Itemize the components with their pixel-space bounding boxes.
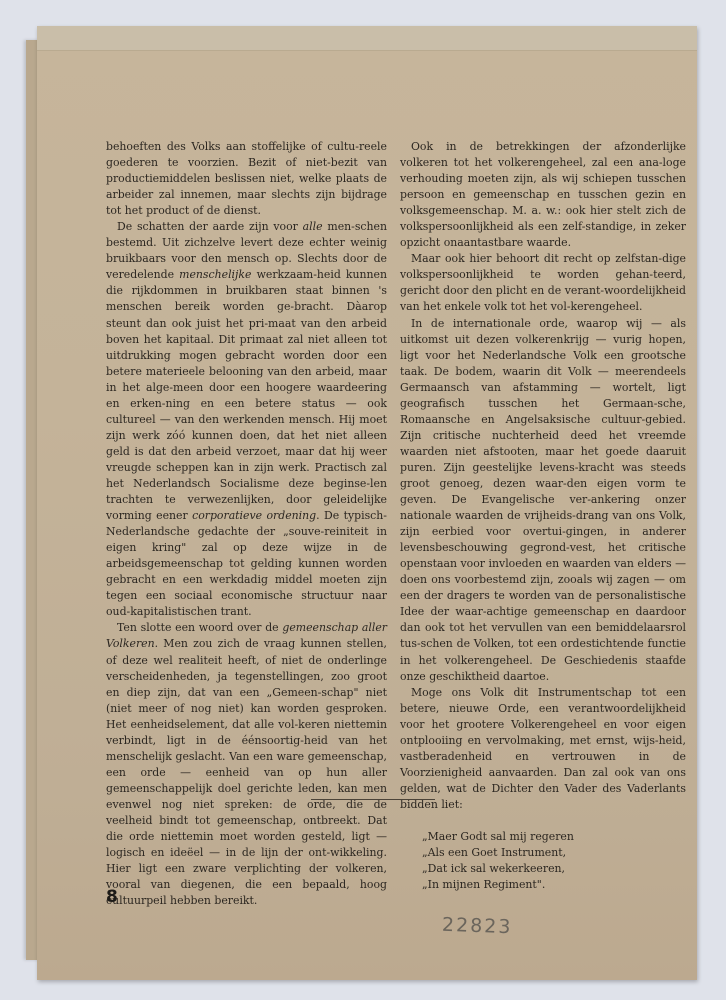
right-column: Ook in de betrekkingen der afzonderlijke… (400, 139, 686, 893)
page-top-fold-strip (37, 26, 697, 51)
paragraph: De schatten der aarde zijn voor alle men… (106, 219, 387, 620)
section-divider (311, 799, 435, 800)
paragraph: behoeften des Volks aan stoffelijke of c… (106, 139, 387, 219)
paragraph: Ook in de betrekkingen der afzonderlijke… (400, 139, 686, 251)
paragraph: Maar ook hier behoort dit recht op zelfs… (400, 251, 686, 315)
document-page: behoeften des Volks aan stoffelijke of c… (37, 26, 697, 980)
handwritten-catalog-number: 22823 (442, 914, 513, 938)
paragraph: Ten slotte een woord over de gemeenschap… (106, 620, 387, 909)
poem-line: „Dat ick sal wekerkeeren, (422, 861, 686, 877)
poem-line: „In mijnen Regiment". (422, 877, 686, 893)
paragraph: In de internationale orde, waarop wij — … (400, 316, 686, 685)
paragraph: Moge ons Volk dit Instrumentschap tot ee… (400, 685, 686, 813)
page-number: 8 (106, 887, 118, 907)
poem-line: „Maer Godt sal mij regeren (422, 829, 686, 845)
left-column: behoeften des Volks aan stoffelijke of c… (106, 139, 387, 909)
poem-quote: „Maer Godt sal mij regeren „Als een Goet… (422, 829, 686, 893)
poem-line: „Als een Goet Instrument, (422, 845, 686, 861)
